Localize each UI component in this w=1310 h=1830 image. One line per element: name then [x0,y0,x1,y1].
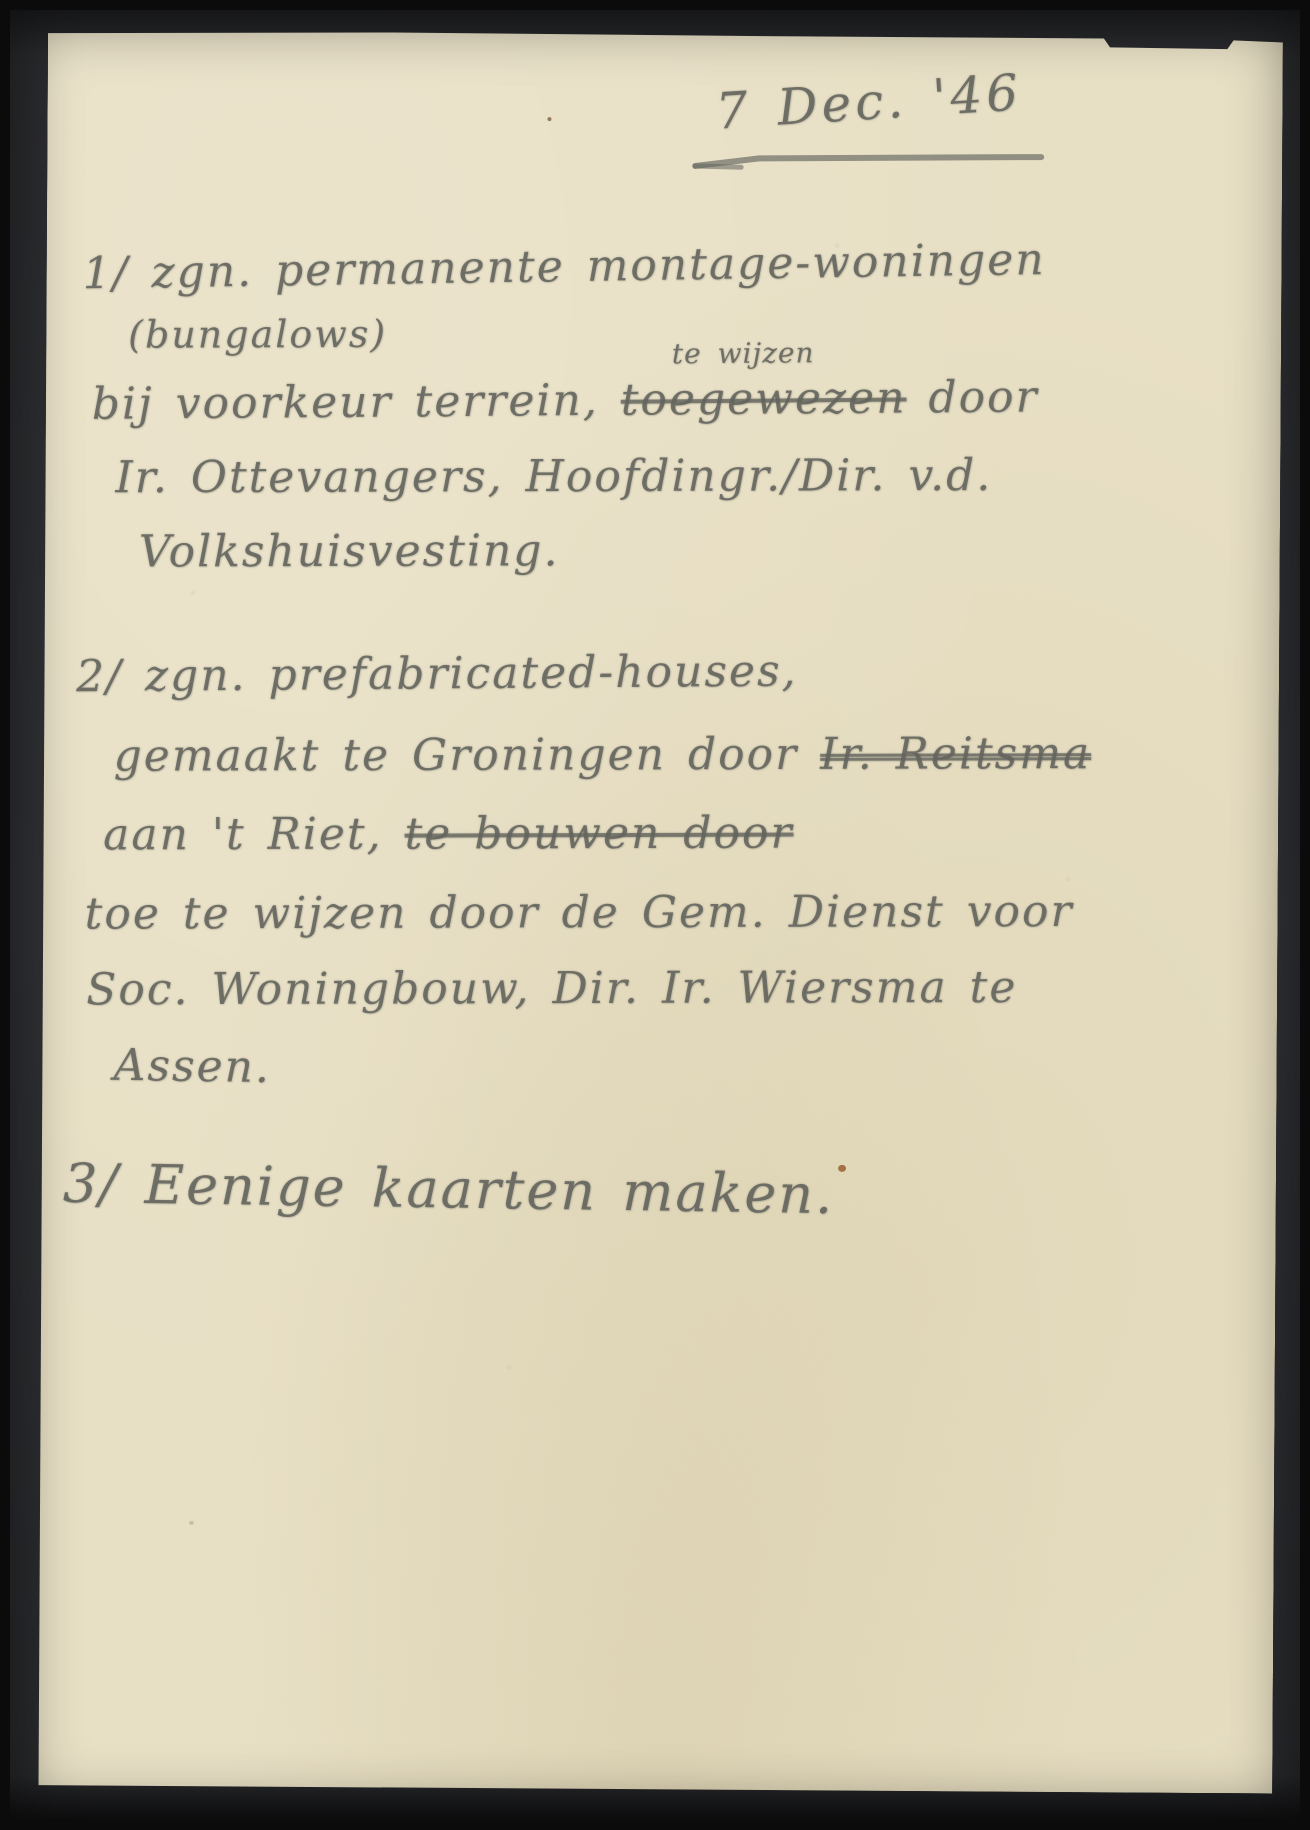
item2-line3: aan 't Riet, te bouwen door [103,812,793,858]
item2-line1: 2/ zgn. prefabricated-houses, [76,650,798,700]
item2-line5: Soc. Woningbouw, Dir. Ir. Wiersma te [86,966,1017,1012]
item2-line6: Assen. [113,1044,271,1090]
item1-line1: 1/ zgn. permanente montage-woningen [82,238,1046,296]
item1-line1b: (bungalows) [128,315,387,354]
item2-line2-pre: gemaakt te Groningen door [114,729,821,782]
item2-line3-struck-text: te bouwen door [404,808,793,860]
item1-line2-pre: bij voorkeur terrein, [92,375,621,430]
paper-stain [838,1165,846,1172]
item1-line3: Ir. Ottevangers, Hoofdingr./Dir. v.d. [115,454,992,500]
scan-background: 7 Dec. '46 1/ zgn. permanente montage-wo… [0,0,1310,1830]
note-paper: 7 Dec. '46 1/ zgn. permanente montage-wo… [37,30,1283,1794]
item1-line2-correction: toegewezente wijzen [621,376,907,422]
date-underline [689,146,1049,178]
item1-line2-inserted-text: te wijzen [672,339,815,368]
item1-line2: bij voorkeur terrein, toegewezente wijze… [92,375,1039,426]
item2-line2: gemaakt te Groningen door Ir. Reitsma [114,732,1092,779]
item3-line1: 3/ Eenige kaarten maken. [63,1157,835,1222]
item1-line2-struck-text: toegewezen [621,372,907,425]
paper-stain [189,1521,194,1525]
item2-line2-struck-text: Ir. Reitsma [820,728,1091,780]
item1-line2-post: door [906,371,1039,423]
item2-line4: toe te wijzen door de Gem. Dienst voor [85,890,1074,937]
note-date: 7 Dec. '46 [714,67,1023,136]
item2-line3-pre: aan 't Riet, [103,809,405,861]
paper-stain [547,117,551,121]
item1-line4: Volkshuisvesting. [139,529,560,574]
